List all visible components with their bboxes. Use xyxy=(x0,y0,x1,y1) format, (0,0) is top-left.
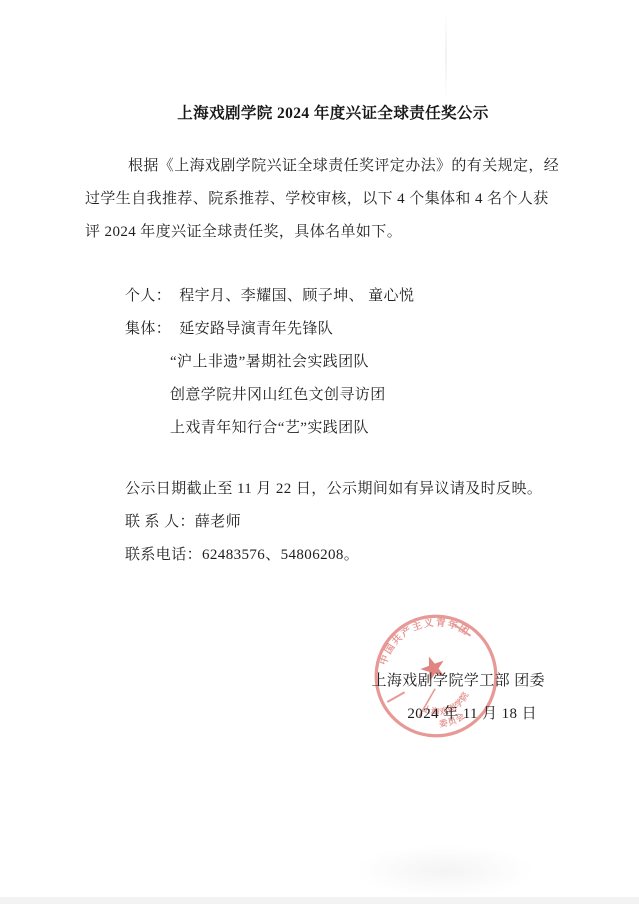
award-list: 个人：程宇月、李耀国、顾子坤、 童心悦 集体：延安路导演青年先锋队 “沪上非遗”… xyxy=(85,280,545,445)
publicity-deadline-note: 公示日期截止至 11 月 22 日，公示期间如有异议请及时反映。 xyxy=(125,473,545,506)
collective-item: “沪上非遗”暑期社会实践团队 xyxy=(170,346,545,379)
signature-org: 上海戏剧学院学工部 团委 xyxy=(85,665,545,698)
collective-item: 创意学院井冈山红色文创寻访团 xyxy=(170,379,545,412)
scan-smudge-artifact xyxy=(355,845,535,897)
collective-label: 集体： xyxy=(125,313,171,346)
contact-person: 联 系 人：薛老师 xyxy=(125,506,545,539)
signature-date: 2024 年 11 月 18 日 xyxy=(85,698,545,731)
page-title: 上海戏剧学院 2024 年度兴证全球责任奖公示 xyxy=(103,101,563,126)
individual-award-row: 个人：程宇月、李耀国、顾子坤、 童心悦 xyxy=(85,280,545,313)
individual-label: 个人： xyxy=(125,280,171,313)
signature-block: 上海戏剧学院学工部 团委 2024 年 11 月 18 日 xyxy=(85,665,545,731)
intro-paragraph: 根据《上海戏剧学院兴证全球责任奖评定办法》的有关规定，经 过学生自我推荐、院系推… xyxy=(85,150,545,249)
scan-edge-shadow xyxy=(0,897,639,904)
document-content: 上海戏剧学院 2024 年度兴证全球责任奖公示 根据《上海戏剧学院兴证全球责任奖… xyxy=(0,0,639,731)
contact-phone: 联系电话：62483576、54806208。 xyxy=(125,539,545,572)
collective-item: 延安路导演青年先锋队 xyxy=(179,321,333,337)
collective-item: 上戏青年知行合“艺”实践团队 xyxy=(170,412,545,445)
collective-award-row: 集体：延安路导演青年先锋队 xyxy=(85,313,545,346)
contact-section: 公示日期截止至 11 月 22 日，公示期间如有异议请及时反映。 联 系 人：薛… xyxy=(85,473,545,572)
paragraph-line: 评 2024 年度兴证全球责任奖，具体名单如下。 xyxy=(85,216,545,249)
paragraph-line: 根据《上海戏剧学院兴证全球责任奖评定办法》的有关规定，经 xyxy=(85,150,545,183)
paragraph-line: 过学生自我推荐、院系推荐、学校审核，以下 4 个集体和 4 名个人获 xyxy=(85,183,545,216)
document-page: 中国共产主义青年团 上海戏剧学院 委员会 上海戏剧学院 2024 年度兴证全球责… xyxy=(0,0,639,904)
individual-names: 程宇月、李耀国、顾子坤、 童心悦 xyxy=(179,288,414,304)
